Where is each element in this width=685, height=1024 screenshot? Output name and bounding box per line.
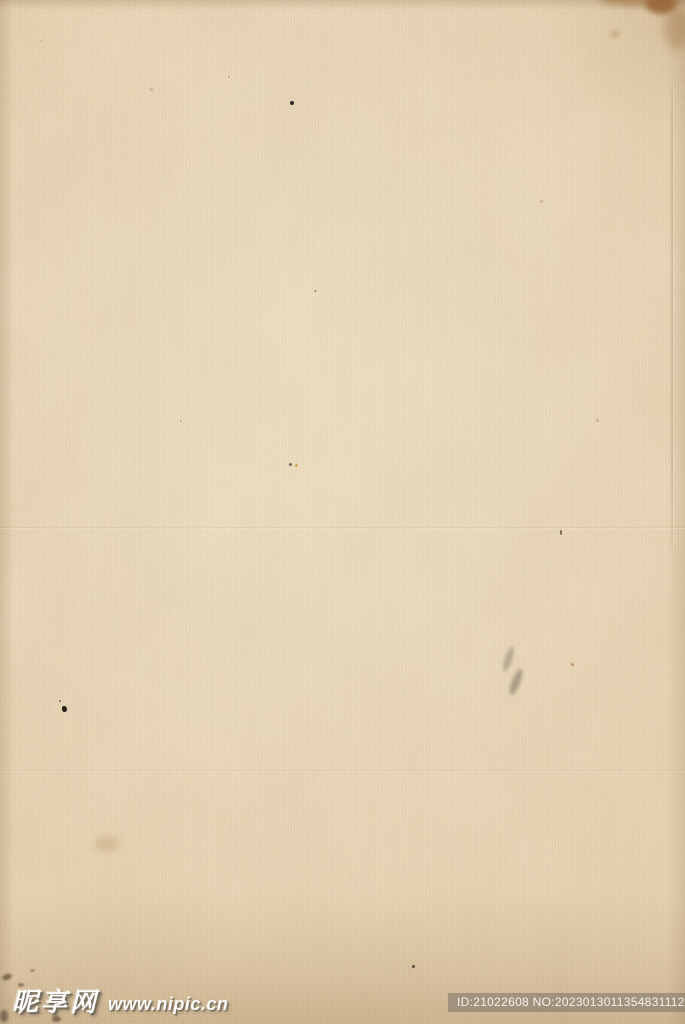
faint-fleck-upper bbox=[314, 290, 317, 292]
paper-grain-texture bbox=[0, 0, 685, 1024]
horizontal-fold-line-lower bbox=[0, 770, 685, 772]
faint-fleck-5 bbox=[180, 420, 182, 422]
brown-fleck-right bbox=[560, 530, 562, 535]
dirt-bottomleft-3 bbox=[30, 969, 35, 972]
dirt-bottomleft-4 bbox=[0, 1010, 8, 1022]
yellow-fleck-centre bbox=[295, 464, 298, 467]
pencil-smudge-lower bbox=[507, 668, 525, 697]
image-id-badge: ID:21022608 NO:20230130113548311121 bbox=[448, 993, 685, 1012]
faint-fleck-6 bbox=[40, 40, 42, 42]
horizontal-fold-line-upper bbox=[0, 527, 685, 529]
dark-fleck-centre bbox=[289, 463, 292, 466]
site-watermark: 昵享网 www.nipic.cn bbox=[12, 988, 228, 1016]
ink-speck-bottom bbox=[412, 965, 415, 968]
dirt-bottomleft-1 bbox=[1, 972, 12, 981]
orange-fleck bbox=[571, 663, 574, 666]
ink-speck-top bbox=[290, 101, 294, 105]
ink-speck-mid-large bbox=[62, 706, 67, 712]
faint-fleck-2 bbox=[228, 76, 230, 78]
faint-fleck-1 bbox=[150, 88, 153, 91]
brown-smudge-left bbox=[95, 836, 119, 852]
faint-fleck-3 bbox=[540, 200, 543, 203]
stain-topright-dot bbox=[610, 30, 620, 38]
faint-fleck-4 bbox=[596, 419, 599, 422]
stain-topright-fade bbox=[664, 6, 685, 50]
pencil-smudge-upper bbox=[501, 646, 516, 673]
stain-topright-blot bbox=[646, 0, 676, 14]
vertical-crease-right bbox=[671, 70, 673, 570]
marks-layer bbox=[0, 0, 685, 1024]
site-url-text: www.nipic.cn bbox=[108, 992, 228, 1016]
stain-topright-streak bbox=[598, 0, 685, 6]
aged-paper-sheet: 昵享网 www.nipic.cn ID:21022608 NO:20230130… bbox=[0, 0, 685, 1024]
site-logo-text: 昵享网 bbox=[12, 988, 99, 1016]
ink-speck-mid-small bbox=[59, 700, 61, 702]
